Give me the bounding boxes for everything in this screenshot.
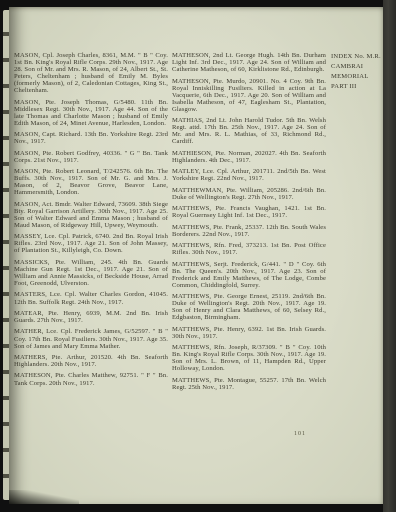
left-entries-column: MASON, Cpl. Joseph Charles, 8361, M.M. "… — [14, 52, 168, 391]
memorial-entry: MASON, Pte. Robert Godfrey, 40336. " G "… — [14, 150, 168, 164]
scan-right-shadow-band — [383, 0, 396, 512]
right-entries-column: MATHESON, 2nd Lt. George Hugh. 14th Bn. … — [172, 52, 326, 395]
memorial-entry: MATHIESON, Pte. Norman, 202027. 4th Bn. … — [172, 150, 326, 164]
memorial-entry: MATHER, Lce. Cpl. Frederick James, G/525… — [14, 328, 168, 349]
page-margin-header: INDEX No. M.R. 17 CAMBRAI MEMORIAL PART … — [331, 52, 386, 92]
memorial-entry: MATHESON, Pte. Charles Matthew, 92751. "… — [14, 372, 168, 386]
memorial-entry: MATHESON, Pte. Murdo, 20901. No. 4 Coy. … — [172, 78, 326, 113]
memorial-entry: MATHIAS, 2nd Lt. John Harold Tudor. 5th … — [172, 117, 326, 145]
memorial-entry: MASTERS, Lce. Cpl. Walter Charles Gordon… — [14, 291, 168, 305]
memorial-entry: MATHESON, 2nd Lt. George Hugh. 14th Bn. … — [172, 52, 326, 73]
memorial-entry: MASSEY, Lce. Cpl. Patrick, 6740. 2nd Bn.… — [14, 233, 168, 254]
memorial-entry: MATTHEWS, Pte. Frank, 25337. 12th Bn. So… — [172, 224, 326, 238]
index-number-line: INDEX No. M.R. 17 — [331, 52, 386, 62]
memorial-entry: MASON, Pte. Robert Leonard, T/242576. 6t… — [14, 168, 168, 196]
memorial-entry: MATTHEWS, Serjt. Frederick, G/441. " D "… — [172, 261, 326, 289]
memorial-entry: MATTHEWS, Rfn. Fred, 373213. 1st Bn. Pos… — [172, 242, 326, 256]
memorial-entry: MATTHEWS, Pte. Francis Vaughan, 1421. 1s… — [172, 205, 326, 219]
memorial-entry: MATEAR, Pte. Henry, 6939, M.M. 2nd Bn. I… — [14, 310, 168, 324]
memorial-entry: MATLEY, Lce. Cpl. Arthur, 201711. 2nd/5t… — [172, 168, 326, 182]
memorial-title-line-2: MEMORIAL — [331, 72, 386, 82]
memorial-entry: MASON, Act. Bmdr. Walter Edward, 73609. … — [14, 201, 168, 229]
memorial-entry: MATTHEWS, Pte. George Ernest, 25119. 2nd… — [172, 293, 326, 321]
memorial-entry: MASON, Pte. Joseph Thomas, G/5480. 11th … — [14, 99, 168, 127]
memorial-entry: MATTHEWS, Pte. Montague, 55257. 17th Bn.… — [172, 377, 326, 391]
memorial-entry: MASON, Cpl. Joseph Charles, 8361, M.M. "… — [14, 52, 168, 94]
memorial-entry: MATTHEWS, Rfn. Joseph, R/37309. " B " Co… — [172, 344, 326, 372]
memorial-register-page: MASON, Cpl. Joseph Charles, 8361, M.M. "… — [9, 7, 383, 504]
memorial-title-line-1: CAMBRAI — [331, 62, 386, 72]
memorial-part-line: PART III — [331, 82, 386, 92]
scanned-book-photo: MASON, Cpl. Joseph Charles, 8361, M.M. "… — [0, 0, 396, 512]
memorial-entry: MATHERS, Pte. Arthur, 201520. 4th Bn. Se… — [14, 354, 168, 368]
memorial-entry: MASSICKS, Pte. William, 245. 4th Bn. Gua… — [14, 259, 168, 287]
page-number: 101 — [294, 431, 306, 437]
memorial-entry: MATTHEWS, Pte. Henry, 6392. 1st Bn. Iris… — [172, 326, 326, 340]
memorial-entry: MATTHEWMAN, Pte. William, 205286. 2nd/6t… — [172, 187, 326, 201]
memorial-entry: MASON, Capt. Richard. 13th Bn. Yorkshire… — [14, 131, 168, 145]
